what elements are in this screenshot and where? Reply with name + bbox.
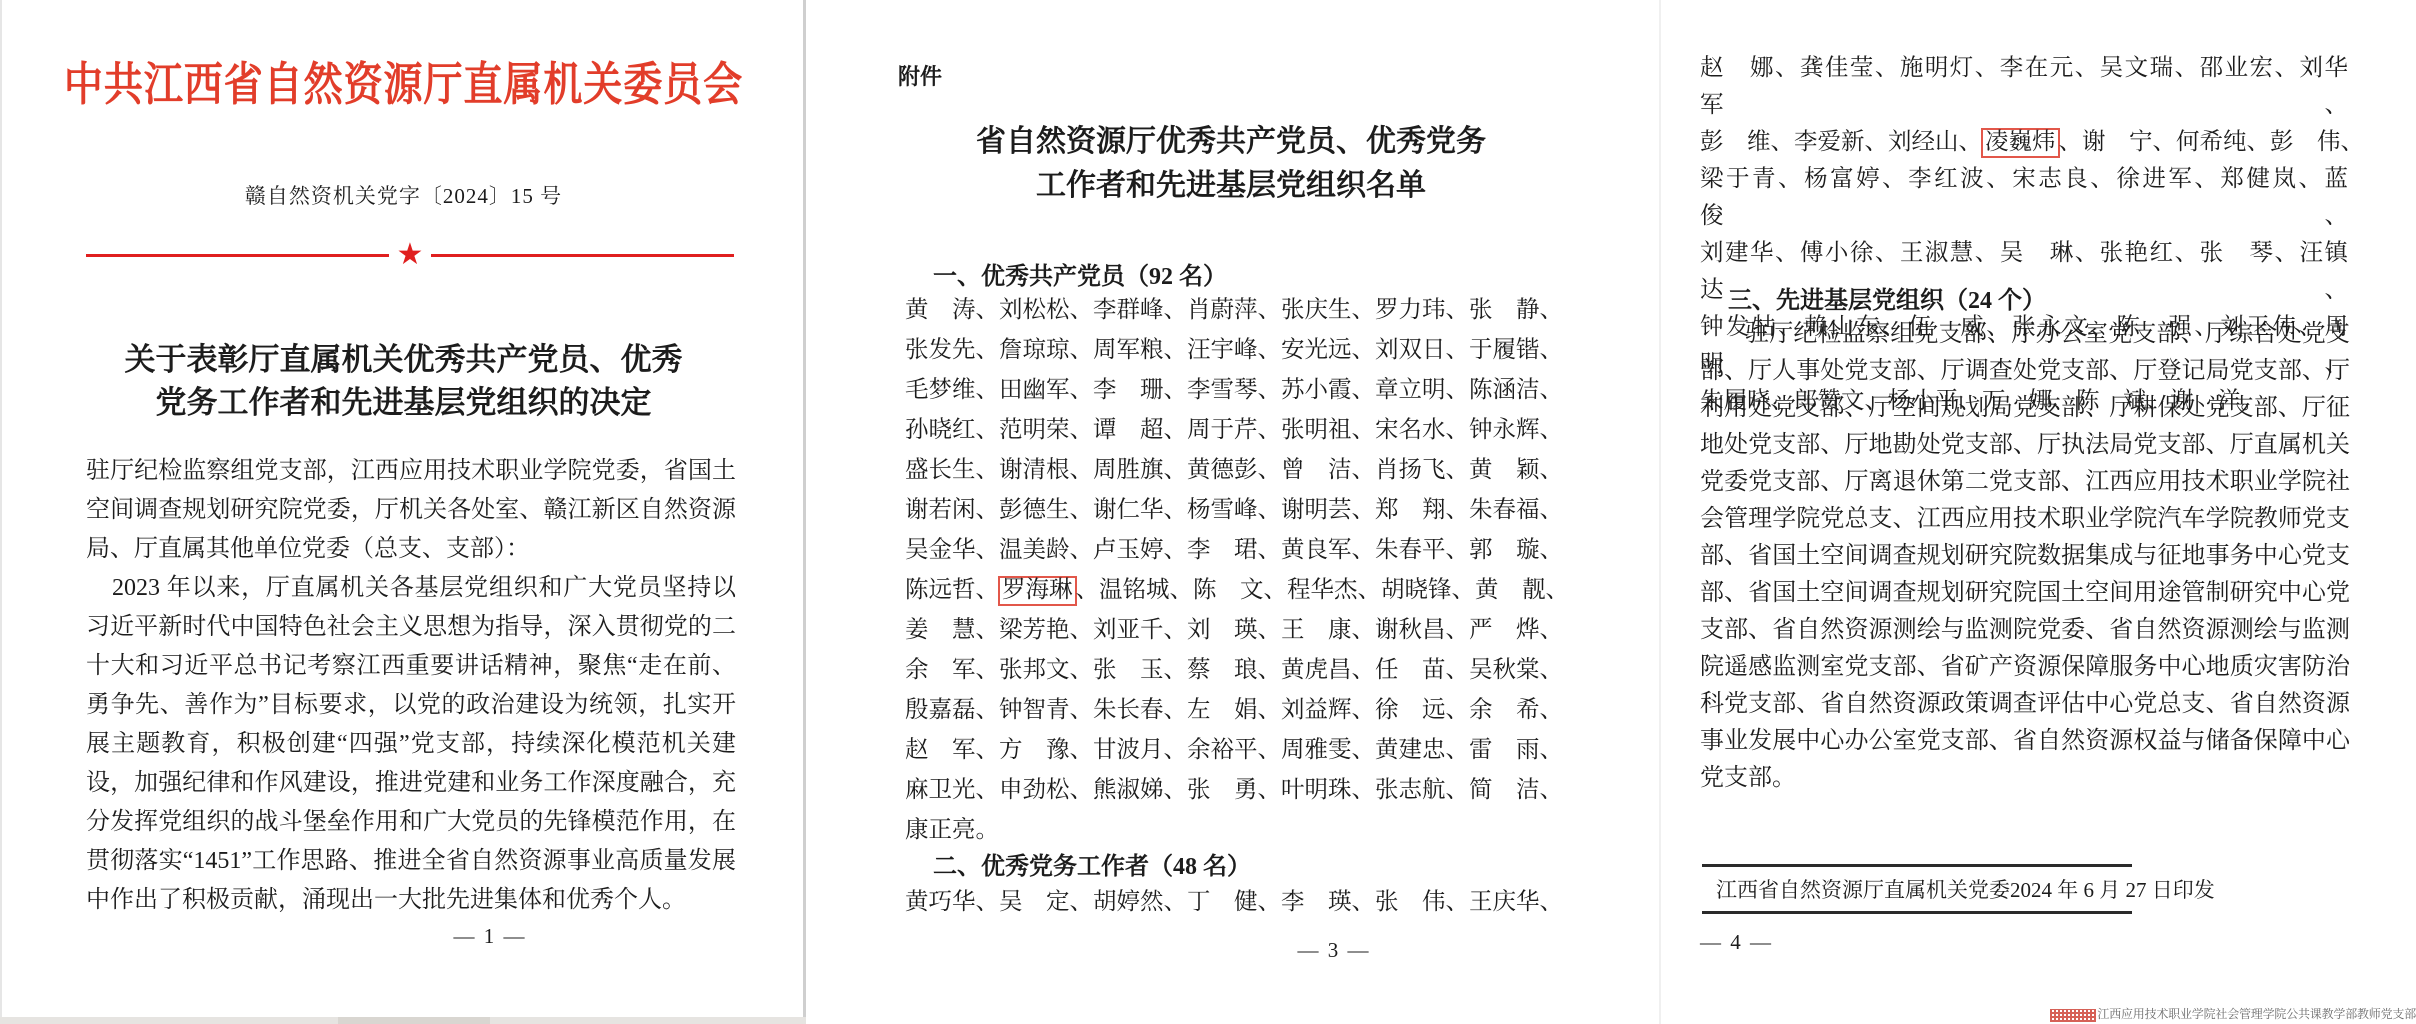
attachment-label: 附件 [898, 60, 942, 91]
member-line: 殷嘉磊、钟智青、朱长春、左 娟、刘益辉、徐 远、余 希、 [905, 690, 1557, 730]
member-line-with-highlight: 陈远哲、罗海琳、温铭城、陈 文、程华杰、胡晓锋、黄 靓、 [905, 570, 1557, 610]
page-number-3: — 3 — [1254, 938, 1414, 963]
attachment-title: 省自然资源厅优秀共产党员、优秀党务 工作者和先进基层党组织名单 [905, 120, 1557, 208]
member-line-segment: 、温铭城、陈 文、程华杰、胡晓锋、黄 靓、 [1076, 577, 1570, 603]
decision-body: 驻厅纪检监察组党支部，江西应用技术职业学院党委，省国土空间调查规划研究院党委，厅… [86, 452, 736, 920]
imprint-issuer: 江西省自然资源厅直属机关党委 [1716, 874, 2010, 904]
page-1: 中共江西省自然资源厅直属机关委员会 赣自然资机关党字〔2024〕15 号 ★ 关… [0, 0, 805, 1024]
page-3-attachment: 附件 省自然资源厅优秀共产党员、优秀党务 工作者和先进基层党组织名单 一、优秀共… [806, 0, 1661, 1024]
document-canvas: 中共江西省自然资源厅直属机关委员会 赣自然资机关党字〔2024〕15 号 ★ 关… [0, 0, 2416, 1024]
member-line: 谢若闲、彭德生、谢仁华、杨雪峰、谢明芸、郑 翔、朱春福、 [905, 490, 1557, 530]
bottom-watermark: 江西应用技术职业学院社会管理学院公共课教学部教师党支部 [2050, 1005, 2416, 1022]
advanced-organizations-paragraph: 驻厅纪检监察组党支部、厅办公室党支部、厅综合处党支部、厅人事处党支部、厅调查处党… [1700, 316, 2350, 797]
outstanding-members-list: 黄 涛、刘松松、李群峰、肖蔚萍、张庆生、罗力玮、张 静、 张发先、詹琼琼、周军粮… [905, 290, 1557, 850]
page-number-1: — 1 — [410, 924, 570, 949]
imprint-footer: 江西省自然资源厅直属机关党委 2024 年 6 月 27 日印发 [1702, 864, 2132, 914]
highlighted-name: 凌巍炜 [1985, 129, 2056, 155]
page1-bottom-edge-shadow [338, 1017, 490, 1024]
party-worker-line: 黄巧华、吴 定、胡婷然、丁 健、李 瑛、张 伟、王庆华、 [905, 882, 1557, 922]
rule-right-segment [431, 254, 734, 257]
member-line: 黄 涛、刘松松、李群峰、肖蔚萍、张庆生、罗力玮、张 静、 [905, 290, 1557, 330]
page-divider-2 [1659, 0, 1661, 1024]
red-header-rule: ★ [86, 240, 734, 270]
page-divider-1 [803, 0, 806, 1024]
watermark-text: 江西应用技术职业学院社会管理学院公共课教学部教师党支部 [2097, 1005, 2416, 1022]
rule-left-segment [86, 254, 389, 257]
document-number: 赣自然资机关党字〔2024〕15 号 [2, 180, 805, 210]
member-line: 孙晓红、范明荣、谭 超、周于芹、张明祖、宋名水、钟永辉、 [905, 410, 1557, 450]
member-line: 麻卫光、申劲松、熊淑娣、张 勇、叶明珠、张志航、简 洁、 [905, 770, 1557, 810]
star-icon: ★ [397, 240, 424, 270]
worker-line-segment: 、谢 宁、何希纯、彭 伟、 [2059, 129, 2365, 155]
member-line-segment: 陈远哲、 [905, 577, 999, 603]
body-paragraph: 2023 年以来，厅直属机关各基层党组织和广大党员坚持以习近平新时代中国特色社会… [86, 569, 736, 920]
section-2-heading: 二、优秀党务工作者（48 名） [905, 846, 1251, 881]
member-line: 赵 军、方 豫、甘波月、余裕平、周雅雯、黄建忠、雷 雨、 [905, 730, 1557, 770]
salutation-paragraph: 驻厅纪检监察组党支部，江西应用技术职业学院党委，省国土空间调查规划研究院党委，厅… [86, 452, 736, 569]
member-line: 张发先、詹琼琼、周军粮、汪宇峰、安光远、刘双日、于履锴、 [905, 330, 1557, 370]
section-1-heading: 一、优秀共产党员（92 名） [905, 256, 1227, 291]
worker-line-with-highlight: 彭 维、李爱新、刘经山、凌巍炜、谢 宁、何希纯、彭 伟、 [1700, 124, 2348, 161]
section-3-heading: 三、先进基层党组织（24 个） [1700, 280, 2046, 315]
member-line: 毛梦维、田幽军、李 珊、李雪琴、苏小霞、章立明、陈涵洁、 [905, 370, 1557, 410]
member-line: 姜 慧、梁芳艳、刘亚千、刘 瑛、王 康、谢秋昌、严 烨、 [905, 610, 1557, 650]
imprint-row: 江西省自然资源厅直属机关党委 2024 年 6 月 27 日印发 [1702, 867, 2132, 911]
page-4: 赵 娜、龚佳莹、施明灯、李在元、吴文瑞、邵业宏、刘华军、 彭 维、李爱新、刘经山… [1661, 0, 2416, 1024]
decision-title-line2: 党务工作者和先进基层党组织的决定 [2, 381, 805, 424]
page-number-4: — 4 — [1700, 930, 1773, 955]
member-line: 吴金华、温美龄、卢玉婷、李 珺、黄良军、朱春平、郭 璇、 [905, 530, 1557, 570]
highlighted-name-box: 罗海琳 [998, 576, 1077, 606]
highlighted-name-box: 凌巍炜 [1981, 128, 2060, 158]
imprint-print-date: 2024 年 6 月 27 日印发 [2010, 874, 2215, 904]
member-line: 盛长生、谢清根、周胜旗、黄德彭、曾 洁、肖扬飞、黄 颖、 [905, 450, 1557, 490]
decision-title: 关于表彰厅直属机关优秀共产党员、优秀 党务工作者和先进基层党组织的决定 [2, 338, 805, 424]
member-line: 康正亮。 [905, 810, 1557, 850]
worker-line: 赵 娜、龚佳莹、施明灯、李在元、吴文瑞、邵业宏、刘华军、 [1700, 50, 2348, 124]
red-stamp-micro-text [2050, 1009, 2096, 1022]
attachment-title-line2: 工作者和先进基层党组织名单 [905, 164, 1557, 208]
decision-title-line1: 关于表彰厅直属机关优秀共产党员、优秀 [2, 338, 805, 381]
highlighted-name: 罗海琳 [1002, 577, 1073, 603]
issuing-org-title: 中共江西省自然资源厅直属机关委员会 [62, 48, 745, 114]
attachment-title-line1: 省自然资源厅优秀共产党员、优秀党务 [905, 120, 1557, 164]
worker-line-segment: 彭 维、李爱新、刘经山、 [1700, 129, 1982, 155]
member-line: 余 军、张邦文、张 玉、蔡 琅、黄虎昌、任 苗、吴秋棠、 [905, 650, 1557, 690]
worker-line: 梁于青、杨富婷、李红波、宋志良、徐进军、郑健岚、蓝 俊、 [1700, 161, 2348, 235]
